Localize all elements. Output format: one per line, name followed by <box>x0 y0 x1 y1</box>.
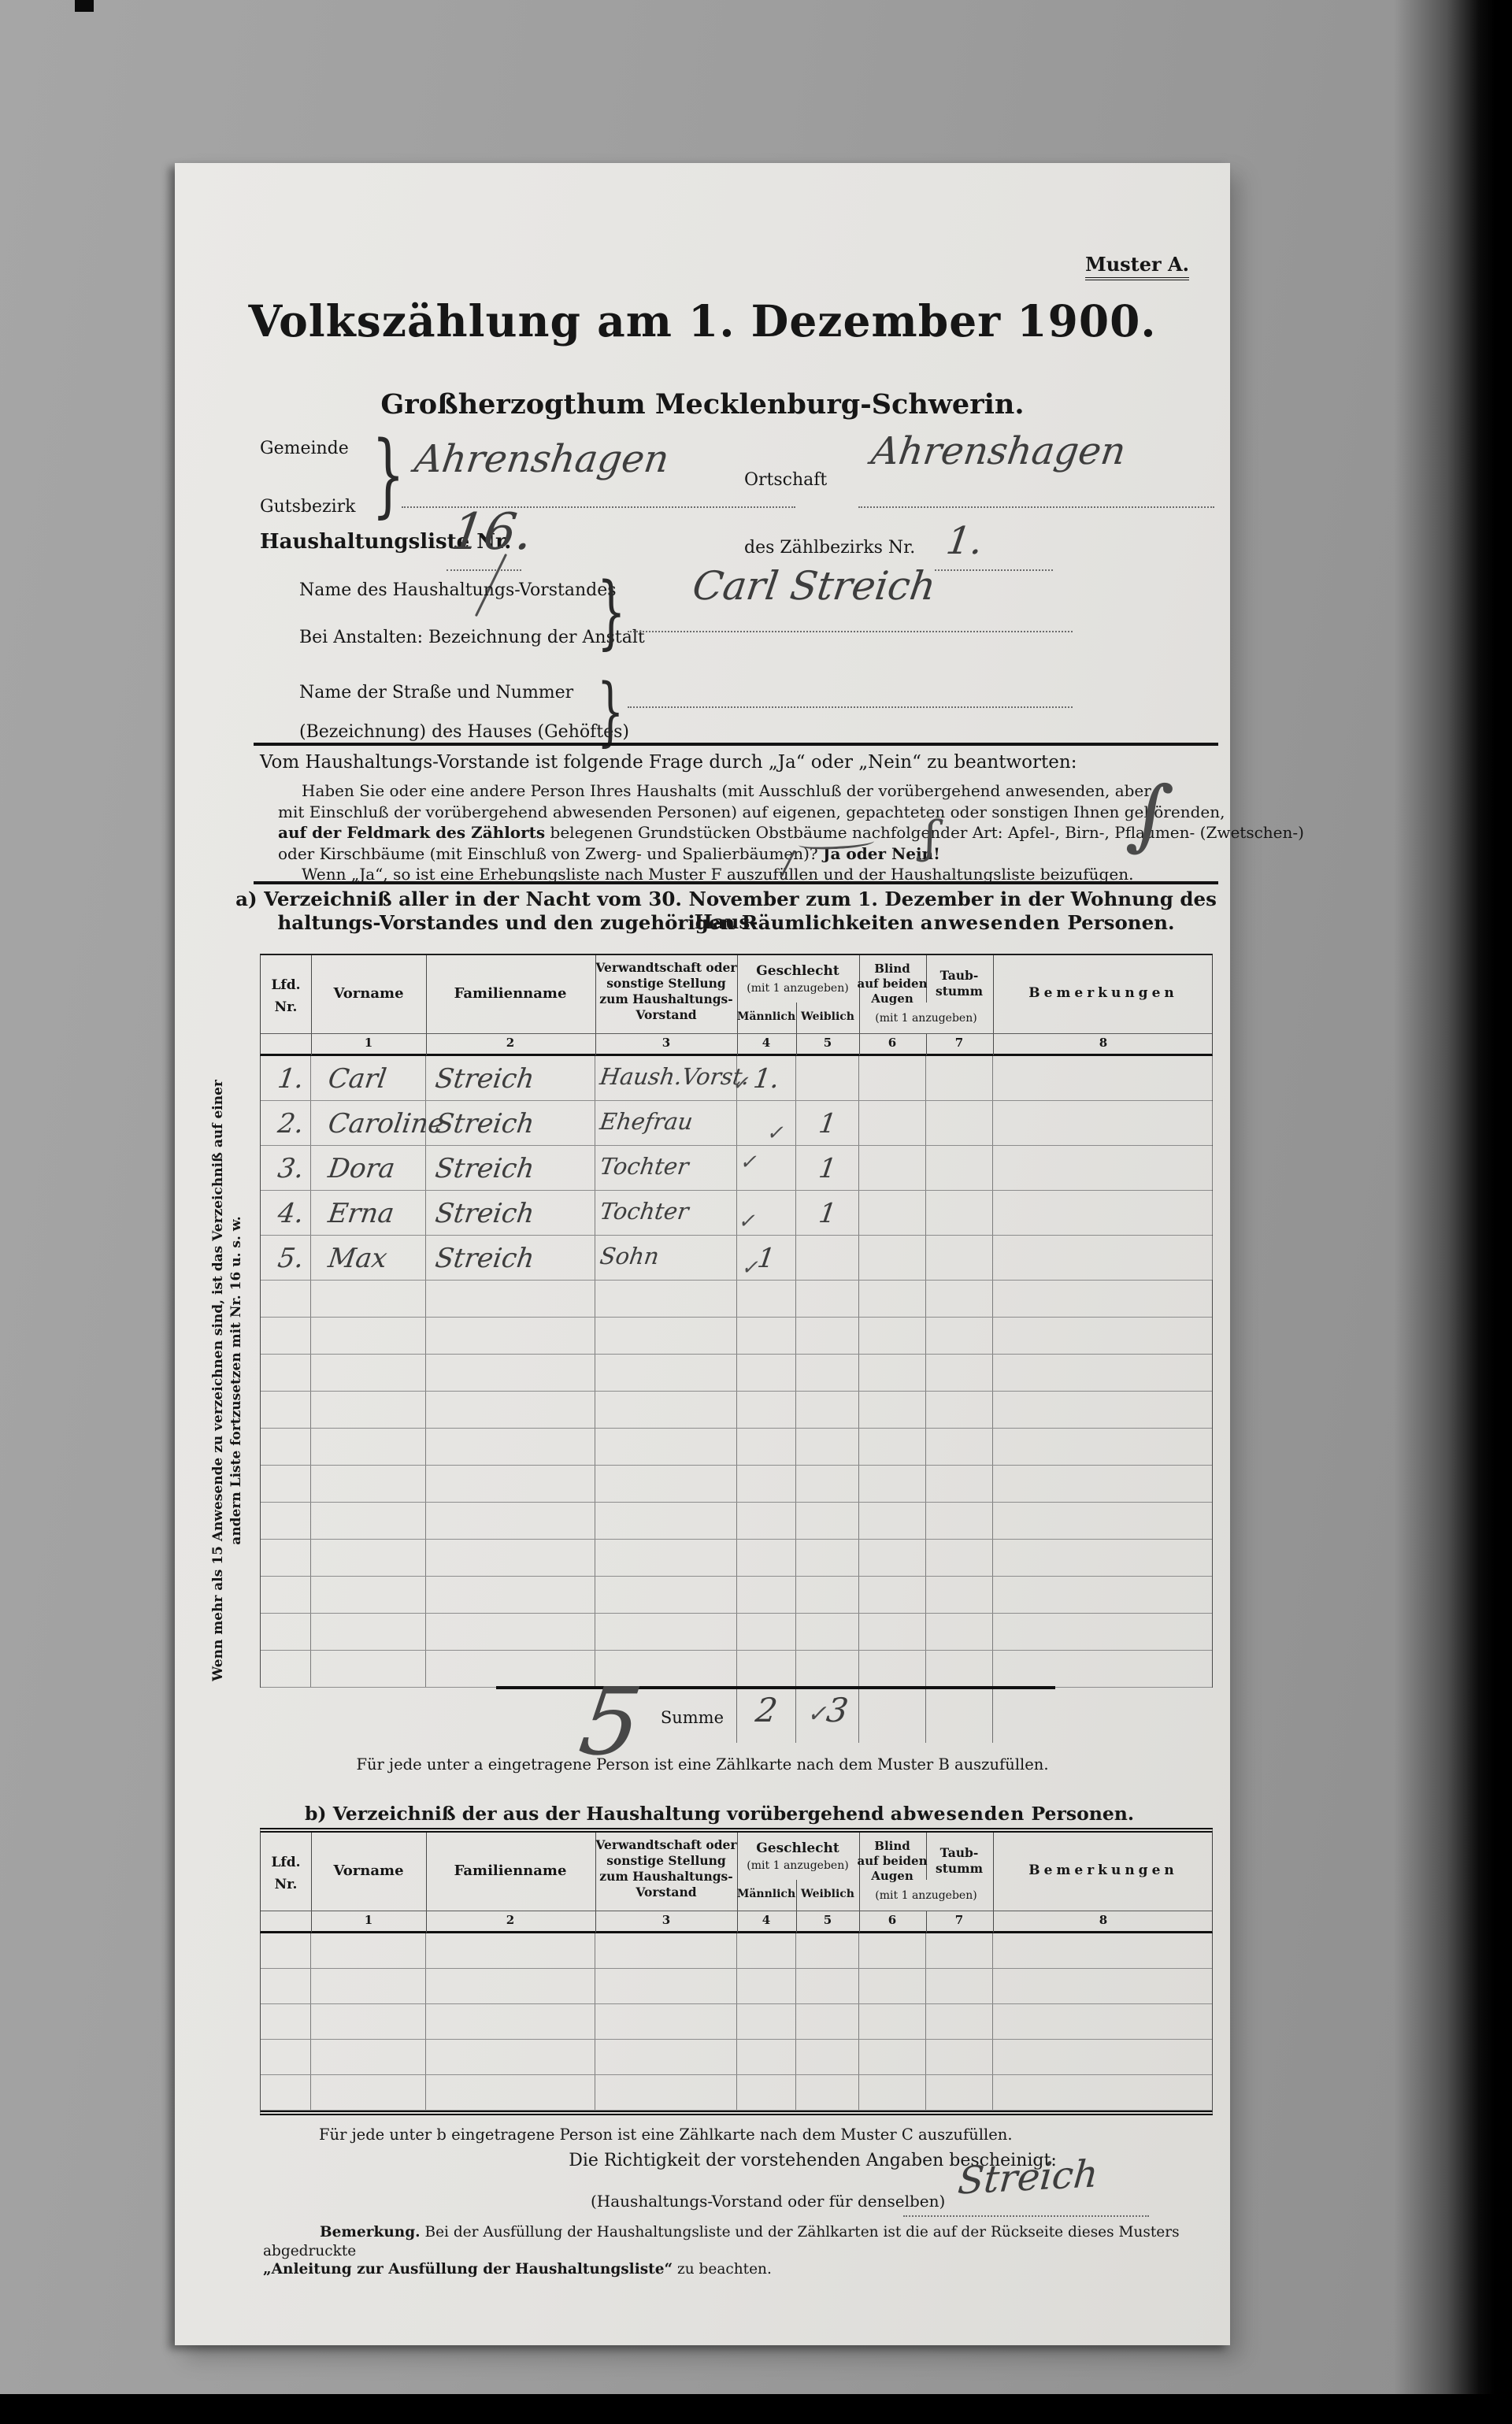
col-number: 7 <box>955 1913 963 1927</box>
zaehlbezirk-label: des Zählbezirks Nr. <box>744 538 915 558</box>
empty-cell <box>993 1614 1213 1650</box>
summe-heavy-line <box>496 1686 1055 1689</box>
table-row-empty <box>261 1651 1212 1688</box>
empty-cell <box>426 2075 595 2110</box>
col-header-weiblich: Weiblich <box>801 1010 854 1023</box>
cell-familienname: Streich <box>426 1146 595 1190</box>
empty-cell <box>311 2040 426 2074</box>
empty-cell <box>993 1577 1213 1613</box>
empty-cell <box>261 1651 311 1687</box>
table-row-empty <box>261 1933 1212 1969</box>
hw-summe-weiblich: 3 <box>825 1694 850 1727</box>
col-line <box>426 955 427 1055</box>
summe-weiblich-cell: ✓3 <box>795 1688 858 1743</box>
bemerkung-line1: Bemerkung. Bei der Ausfüllung der Hausha… <box>263 2223 1200 2260</box>
brace-glyph: } <box>597 675 624 750</box>
table-absent-persons: Lfd. Nr. Vorname Familienname Verwandtsc… <box>260 1828 1213 2115</box>
col-line <box>796 1880 797 1933</box>
empty-cell <box>926 1969 993 2003</box>
gemeinde-label: Gemeinde <box>260 439 349 458</box>
col-header-taubstumm: Taub- stumm <box>936 968 983 999</box>
table-row-empty <box>261 1614 1212 1651</box>
scan-black-bar-bottom <box>0 2394 1512 2424</box>
table-a-empty-rows <box>261 1281 1212 1688</box>
summe-spacer <box>310 1688 425 1743</box>
hw-familienname: Streich <box>434 1245 536 1272</box>
empty-cell <box>737 1466 796 1502</box>
hw-vorname: Caroline <box>327 1110 447 1137</box>
col-number: 6 <box>888 1036 896 1050</box>
empty-cell <box>926 1540 993 1576</box>
empty-cell <box>311 1355 426 1391</box>
empty-cell <box>926 1281 993 1317</box>
col-header-geschlecht: Geschlecht <box>756 1840 839 1856</box>
empty-cell <box>737 1540 796 1576</box>
cell-taubstumm <box>926 1191 993 1235</box>
empty-cell <box>859 1355 926 1391</box>
hw-weiblich: 1 <box>817 1110 837 1137</box>
empty-cell <box>261 1429 311 1465</box>
col-header-blind: Blind auf beiden Augen <box>858 1839 928 1884</box>
empty-cell <box>261 1969 311 2003</box>
empty-cell <box>595 1392 737 1428</box>
cell-blind <box>859 1056 926 1100</box>
empty-cell <box>993 1466 1213 1502</box>
header-separator-line <box>261 1911 1212 1911</box>
handwritten-signature: Streich <box>956 2152 1100 2203</box>
empty-cell <box>426 2040 595 2074</box>
empty-cell <box>926 1392 993 1428</box>
empty-cell <box>426 1318 595 1354</box>
handwritten-small-stroke: ∕ <box>783 845 793 881</box>
empty-cell <box>859 1318 926 1354</box>
table-row-person: 3. Dora Streich Tochter 1 ✓ <box>261 1146 1212 1191</box>
empty-cell <box>926 1614 993 1650</box>
section-b-heading: b) Verzeichniß der aus der Haushaltung v… <box>305 1803 1134 1825</box>
empty-cell <box>311 1429 426 1465</box>
hw-familienname: Streich <box>434 1155 536 1182</box>
empty-cell <box>595 1318 737 1354</box>
empty-cell <box>426 1392 595 1428</box>
bemerkung2-rest: zu beachten. <box>673 2261 772 2278</box>
cell-vorname: Max <box>311 1236 426 1280</box>
cell-taubstumm <box>926 1056 993 1100</box>
col-number: 8 <box>1099 1036 1107 1050</box>
table-a-body: 1. Carl Streich Haush.Vorst. 1. ✓ 2. Car… <box>260 1056 1213 1688</box>
hw-stellung: Tochter <box>598 1200 690 1223</box>
empty-cell <box>311 1933 426 1968</box>
empty-cell <box>859 1429 926 1465</box>
section-b-bold: abwesenden <box>891 1803 1025 1825</box>
col-header-stellung: Verwandtschaft oder sonstige Stellung zu… <box>595 960 737 1023</box>
empty-cell <box>859 2040 926 2074</box>
brace-glyph: } <box>597 573 626 652</box>
empty-cell <box>311 1614 426 1650</box>
hw-maennlich: 1. <box>751 1066 780 1092</box>
empty-cell <box>926 1355 993 1391</box>
empty-cell <box>595 1429 737 1465</box>
empty-cell <box>859 1577 926 1613</box>
empty-cell <box>859 1503 926 1539</box>
hw-tally-tick: ✓ <box>741 1256 758 1280</box>
cell-weiblich: 1 <box>796 1191 859 1235</box>
empty-cell <box>261 1355 311 1391</box>
empty-cell <box>737 2040 796 2074</box>
empty-cell <box>993 1429 1213 1465</box>
hw-vorname: Erna <box>327 1200 396 1227</box>
table-b-empty-rows <box>261 1933 1212 2111</box>
empty-cell <box>261 1540 311 1576</box>
cell-vorname: Carl <box>311 1056 426 1100</box>
table-row-empty <box>261 1969 1212 2004</box>
col-header-bemerkungen: Bemerkungen <box>1028 985 1178 1001</box>
summe-blind-cell <box>858 1688 925 1743</box>
note-after-table-b: Für jede unter b eingetragene Person ist… <box>319 2126 1013 2144</box>
empty-cell <box>859 1933 926 1968</box>
hw-vorname: Carl <box>327 1066 388 1092</box>
col-line <box>426 1833 427 1933</box>
empty-cell <box>311 2075 426 2110</box>
hw-tally-tick: ✓ <box>766 1121 784 1145</box>
col-header-stellung: Verwandtschaft oder sonstige Stellung zu… <box>595 1837 737 1900</box>
empty-cell <box>311 1969 426 2003</box>
cell-vorname: Dora <box>311 1146 426 1190</box>
table-row-empty <box>261 2004 1212 2040</box>
empty-cell <box>926 1577 993 1613</box>
ortschaft-dotted-line <box>858 506 1214 508</box>
empty-cell <box>926 1318 993 1354</box>
col-line <box>796 1003 797 1055</box>
empty-cell <box>426 1429 595 1465</box>
bemerkung-footnote: Bemerkung. Bei der Ausfüllung der Hausha… <box>263 2223 1200 2279</box>
empty-cell <box>737 2075 796 2110</box>
empty-cell <box>859 2004 926 2039</box>
empty-cell <box>595 1355 737 1391</box>
empty-cell <box>859 1969 926 2003</box>
cell-familienname: Streich <box>426 1191 595 1235</box>
margin-note-rotated: Wenn mehr als 15 Anwesende zu verzeichne… <box>209 1066 247 1696</box>
col-line <box>926 1033 927 1055</box>
empty-cell <box>796 1651 859 1687</box>
empty-cell <box>261 1281 311 1317</box>
cell-nr: 1. <box>261 1056 311 1100</box>
cell-taubstumm <box>926 1101 993 1145</box>
empty-cell <box>261 1614 311 1650</box>
header-separator-line <box>261 1033 1212 1034</box>
empty-cell <box>796 1969 859 2003</box>
empty-cell <box>595 1540 737 1576</box>
table-row-empty <box>261 1466 1212 1503</box>
table-a-summe-row: Summe 2 ✓3 5 <box>260 1688 1213 1743</box>
hw-nr: 4. <box>276 1200 306 1227</box>
hw-nr: 1. <box>276 1066 306 1092</box>
cell-stellung: Tochter <box>595 1191 737 1235</box>
empty-cell <box>426 1614 595 1650</box>
summe-spacer <box>260 1688 310 1743</box>
cell-blind <box>859 1101 926 1145</box>
cell-familienname: Streich <box>426 1101 595 1145</box>
col-header-taubstumm: Taub- stumm <box>936 1845 983 1877</box>
empty-cell <box>426 1540 595 1576</box>
hw-nr: 2. <box>276 1110 306 1137</box>
haus-label: (Bezeichnung) des Hauses (Gehöftes) <box>299 722 629 742</box>
empty-cell <box>926 1503 993 1539</box>
ortschaft-label: Ortschaft <box>744 470 827 490</box>
empty-cell <box>311 1577 426 1613</box>
zaehlbezirk-handwritten: 1. <box>943 519 986 563</box>
empty-cell <box>859 1614 926 1650</box>
empty-cell <box>737 1969 796 2003</box>
question-intro: Vom Haushaltungs-Vorstande ist folgende … <box>260 752 1077 773</box>
empty-cell <box>859 1466 926 1502</box>
col-number: 4 <box>762 1913 770 1927</box>
empty-cell <box>311 1281 426 1317</box>
empty-cell <box>311 2004 426 2039</box>
table-row-empty <box>261 1503 1212 1540</box>
summe-maennlich-cell: 2 <box>736 1688 795 1743</box>
hw-familienname: Streich <box>434 1066 536 1092</box>
empty-cell <box>796 1540 859 1576</box>
empty-cell <box>926 1429 993 1465</box>
empty-cell <box>426 1281 595 1317</box>
table-row-empty <box>261 1281 1212 1318</box>
cell-weiblich: 1 <box>796 1101 859 1145</box>
bemerkung-line2: „Anleitung zur Ausfüllung der Haushaltun… <box>263 2260 1200 2279</box>
col-line <box>311 1833 312 1933</box>
note-after-table-a: Für jede unter a eingetragene Person ist… <box>175 1755 1230 1774</box>
empty-cell <box>426 1651 595 1687</box>
empty-cell <box>993 1318 1213 1354</box>
empty-cell <box>261 2075 311 2110</box>
section-b-post: Personen. <box>1025 1803 1134 1825</box>
empty-cell <box>261 1466 311 1502</box>
table-present-persons: Lfd. Nr. Vorname Familienname Verwandtsc… <box>260 954 1213 1743</box>
empty-cell <box>426 1466 595 1502</box>
empty-cell <box>737 1392 796 1428</box>
table-row-empty <box>261 1318 1212 1355</box>
cell-stellung: Haush.Vorst. <box>595 1056 737 1100</box>
empty-cell <box>737 2004 796 2039</box>
cell-bemerkungen <box>993 1056 1213 1100</box>
table-row-person: 2. Caroline Streich Ehefrau 1 ✓ <box>261 1101 1212 1146</box>
col-number: 2 <box>506 1913 514 1927</box>
hw-summe-total: 5 <box>575 1675 647 1768</box>
page-subtitle: Großherzogthum Mecklenburg-Schwerin. <box>175 388 1230 421</box>
hw-vorname: Max <box>327 1245 389 1272</box>
scan-shadow-right <box>1394 0 1512 2424</box>
table-row-empty <box>261 1540 1212 1577</box>
cell-blind <box>859 1236 926 1280</box>
question-line-3-bold: auf der Feldmark des Zählorts <box>278 823 545 842</box>
zaehlbezirk-dotted-line <box>935 569 1053 571</box>
section-a-line2-post: Personen. <box>1061 911 1175 934</box>
margin-note-line1: Wenn mehr als 15 Anwesende zu verzeichne… <box>209 1066 228 1696</box>
empty-cell <box>993 1651 1213 1687</box>
col-header-blind: Blind auf beiden Augen <box>858 962 928 1006</box>
col-header-geschlecht-mit1: (mit 1 anzugeben) <box>747 982 848 995</box>
anstalt-label: Bei Anstalten: Bezeichnung der Anstalt <box>299 628 645 647</box>
scanned-census-sheet: Muster A. Volkszählung am 1. Dezember 19… <box>0 0 1512 2424</box>
empty-cell <box>311 1540 426 1576</box>
col-header-maennlich: Männlich <box>737 1010 795 1023</box>
col-header-maennlich: Männlich <box>737 1888 795 1900</box>
section-a-line2-bold: anwesenden <box>921 911 1061 934</box>
empty-cell <box>796 1281 859 1317</box>
hw-tally-tick: ✓ <box>732 1072 749 1095</box>
col-header-familienname: Familienname <box>454 1862 567 1879</box>
muster-a-label: Muster A. <box>1085 253 1189 280</box>
vorstand-dotted-line <box>628 631 1073 632</box>
table-b-header: Lfd. Nr. Vorname Familienname Verwandtsc… <box>260 1828 1213 1933</box>
signature-dotted-line <box>903 2215 1149 2217</box>
empty-cell <box>311 1318 426 1354</box>
empty-cell <box>796 2040 859 2074</box>
col-line <box>993 955 994 1055</box>
empty-cell <box>993 1969 1213 2003</box>
cell-nr: 5. <box>261 1236 311 1280</box>
cell-familienname: Streich <box>426 1056 595 1100</box>
empty-cell <box>993 1281 1213 1317</box>
ortschaft-handwritten-value: Ahrenshagen <box>869 429 1128 473</box>
hw-tally-tick: ✓ <box>739 1151 757 1174</box>
empty-cell <box>796 1577 859 1613</box>
col-line <box>926 1911 927 1933</box>
liste-nr-dotted-line <box>447 569 521 571</box>
cell-vorname: Erna <box>311 1191 426 1235</box>
empty-cell <box>859 1651 926 1687</box>
empty-cell <box>261 2004 311 2039</box>
cell-blind <box>859 1191 926 1235</box>
table-row-person: 4. Erna Streich Tochter 1 ✓ <box>261 1191 1212 1236</box>
table-row-person: 1. Carl Streich Haush.Vorst. 1. ✓ <box>261 1056 1212 1101</box>
empty-cell <box>261 1503 311 1539</box>
empty-cell <box>737 1933 796 1968</box>
empty-cell <box>311 1503 426 1539</box>
empty-cell <box>926 2004 993 2039</box>
col-number: 3 <box>662 1036 670 1050</box>
table-row-empty <box>261 2040 1212 2075</box>
empty-cell <box>796 1392 859 1428</box>
hw-weiblich: 1 <box>817 1200 837 1227</box>
empty-cell <box>595 1503 737 1539</box>
cell-weiblich <box>796 1056 859 1100</box>
empty-cell <box>737 1355 796 1391</box>
col-number: 5 <box>824 1913 832 1927</box>
col-number: 3 <box>662 1913 670 1927</box>
cell-nr: 4. <box>261 1191 311 1235</box>
hw-summe-maennlich: 2 <box>754 1694 780 1727</box>
cell-taubstumm <box>926 1236 993 1280</box>
col-number: 2 <box>506 1036 514 1050</box>
empty-cell <box>737 1577 796 1613</box>
empty-cell <box>796 1933 859 1968</box>
question-line-4-text: oder Kirschbäume (mit Einschluß von Zwer… <box>278 844 823 863</box>
cell-blind <box>859 1146 926 1190</box>
summe-taub-cell <box>925 1688 992 1743</box>
col-header-vorname: Vorname <box>333 1862 403 1879</box>
col-header-familienname: Familienname <box>454 985 567 1002</box>
col-number: 6 <box>888 1913 896 1927</box>
scan-artifact-mark <box>75 0 94 12</box>
cell-familienname: Streich <box>426 1236 595 1280</box>
empty-cell <box>993 2040 1213 2074</box>
col-header-lfd-nr: Lfd. Nr. <box>271 1851 300 1896</box>
col-number: 5 <box>824 1036 832 1050</box>
col-header-weiblich: Weiblich <box>801 1888 854 1900</box>
empty-cell <box>993 2075 1213 2110</box>
col-header-blind-taub-mit1: (mit 1 anzugeben) <box>875 1889 976 1902</box>
liste-nr-handwritten: 16. <box>448 503 536 562</box>
vorstand-label: Name des Haushaltungs-Vorstandes <box>299 580 617 600</box>
cell-stellung: Ehefrau <box>595 1101 737 1145</box>
empty-cell <box>993 1355 1213 1391</box>
hw-familienname: Streich <box>434 1110 536 1137</box>
gutsbezirk-label: Gutsbezirk <box>260 497 355 517</box>
empty-cell <box>796 2075 859 2110</box>
hw-stellung: Sohn <box>598 1245 661 1268</box>
table-row-empty <box>261 1429 1212 1466</box>
empty-cell <box>595 1577 737 1613</box>
empty-cell <box>926 1933 993 1968</box>
brace-glyph: } <box>372 428 405 520</box>
cell-nr: 3. <box>261 1146 311 1190</box>
empty-cell <box>261 1933 311 1968</box>
empty-cell <box>595 1281 737 1317</box>
empty-cell <box>261 1318 311 1354</box>
empty-cell <box>595 2040 737 2074</box>
col-number: 4 <box>762 1036 770 1050</box>
hw-maennlich: 1 <box>756 1245 776 1272</box>
col-line <box>737 955 738 1055</box>
col-line <box>993 1833 994 1933</box>
table-row-empty <box>261 1577 1212 1614</box>
empty-cell <box>737 1429 796 1465</box>
empty-cell <box>595 1466 737 1502</box>
empty-cell <box>926 1466 993 1502</box>
col-number: 1 <box>365 1913 372 1927</box>
census-form-page: Muster A. Volkszählung am 1. Dezember 19… <box>175 163 1230 2345</box>
empty-cell <box>993 1503 1213 1539</box>
table-row-person: 5. Max Streich Sohn 1 ✓ <box>261 1236 1212 1281</box>
hw-stellung: Haush.Vorst. <box>598 1066 750 1088</box>
table-a-header: Lfd. Nr. Vorname Familienname Verwandtsc… <box>260 954 1213 1056</box>
empty-cell <box>595 2075 737 2110</box>
empty-cell <box>595 2004 737 2039</box>
cell-bemerkungen <box>993 1101 1213 1145</box>
margin-note-line2: andern Liste fortzusetzen mit Nr. 16 u. … <box>228 1066 246 1696</box>
hw-tally-tick: ✓ <box>738 1210 755 1233</box>
empty-cell <box>796 2004 859 2039</box>
col-number: 1 <box>365 1036 372 1050</box>
empty-cell <box>796 1318 859 1354</box>
section-a-line2-pre: haltungs-Vorstandes und den zugehörigen … <box>277 911 920 934</box>
cell-vorname: Caroline <box>311 1101 426 1145</box>
empty-cell <box>796 1466 859 1502</box>
empty-cell <box>311 1651 426 1687</box>
hw-stellung: Tochter <box>598 1155 690 1178</box>
empty-cell <box>737 1318 796 1354</box>
col-header-geschlecht-mit1: (mit 1 anzugeben) <box>747 1859 848 1872</box>
cell-nr: 2. <box>261 1101 311 1145</box>
empty-cell <box>595 1614 737 1650</box>
bemerkung-bold: Bemerkung. <box>320 2224 421 2241</box>
handwritten-hook-stroke: ʃ <box>925 812 936 863</box>
empty-cell <box>926 1651 993 1687</box>
table-row-empty <box>261 1392 1212 1429</box>
empty-cell <box>859 1392 926 1428</box>
vorstand-handwritten-value: Carl Streich <box>690 563 939 609</box>
empty-cell <box>993 1392 1213 1428</box>
